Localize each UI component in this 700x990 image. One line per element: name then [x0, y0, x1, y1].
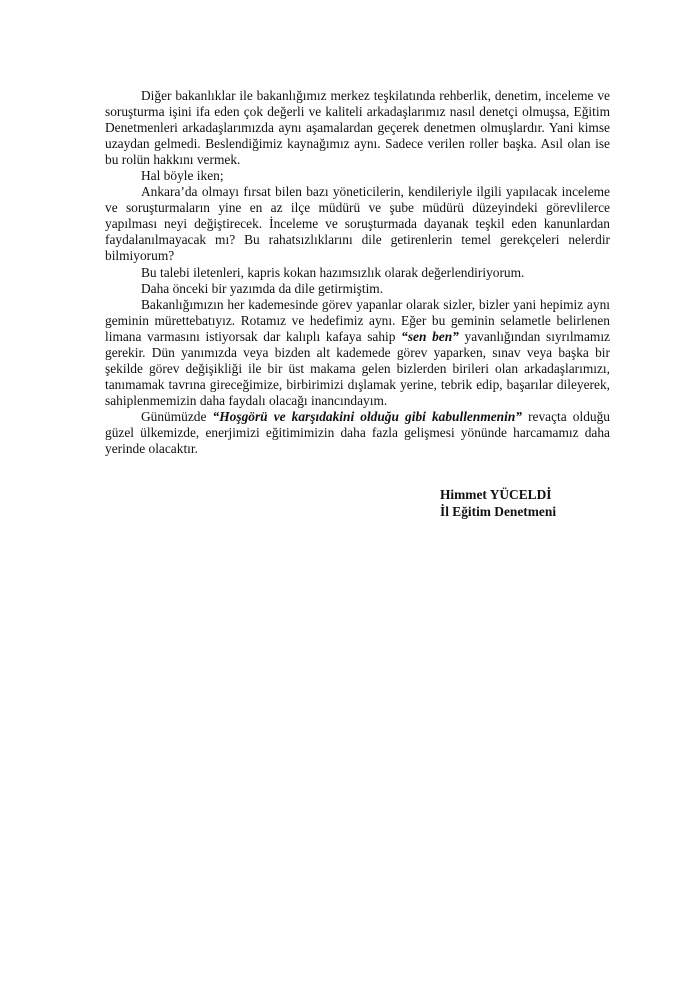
paragraph-text: Ankara’da olmayı fırsat bilen bazı yönet… [105, 184, 610, 263]
signature-block: Himmet YÜCELDİ İl Eğitim Denetmeni [440, 486, 556, 520]
signature-title: İl Eğitim Denetmeni [440, 503, 556, 520]
signature-name: Himmet YÜCELDİ [440, 486, 556, 503]
paragraph-text: Daha önceki bir yazımda da dile getirmiş… [141, 281, 383, 296]
paragraph-1: Diğer bakanlıklar ile bakanlığımız merke… [105, 88, 610, 168]
emphasis-quote: “sen ben” [401, 329, 459, 344]
document-body: Diğer bakanlıklar ile bakanlığımız merke… [105, 88, 610, 457]
paragraph-text: Diğer bakanlıklar ile bakanlığımız merke… [105, 88, 610, 167]
paragraph-text: Bu talebi iletenleri, kapris kokan hazım… [141, 265, 524, 280]
paragraph-text: Hal böyle iken; [141, 168, 224, 183]
paragraph-6: Bakanlığımızın her kademesinde görev yap… [105, 297, 610, 409]
paragraph-5: Daha önceki bir yazımda da dile getirmiş… [105, 281, 610, 297]
paragraph-7: Günümüzde “Hoşgörü ve karşıdakini olduğu… [105, 409, 610, 457]
paragraph-4: Bu talebi iletenleri, kapris kokan hazım… [105, 265, 610, 281]
paragraph-text: Günümüzde [141, 409, 213, 424]
paragraph-3: Ankara’da olmayı fırsat bilen bazı yönet… [105, 184, 610, 264]
paragraph-2: Hal böyle iken; [105, 168, 610, 184]
emphasis-quote: “Hoşgörü ve karşıdakini olduğu gibi kabu… [213, 409, 522, 424]
